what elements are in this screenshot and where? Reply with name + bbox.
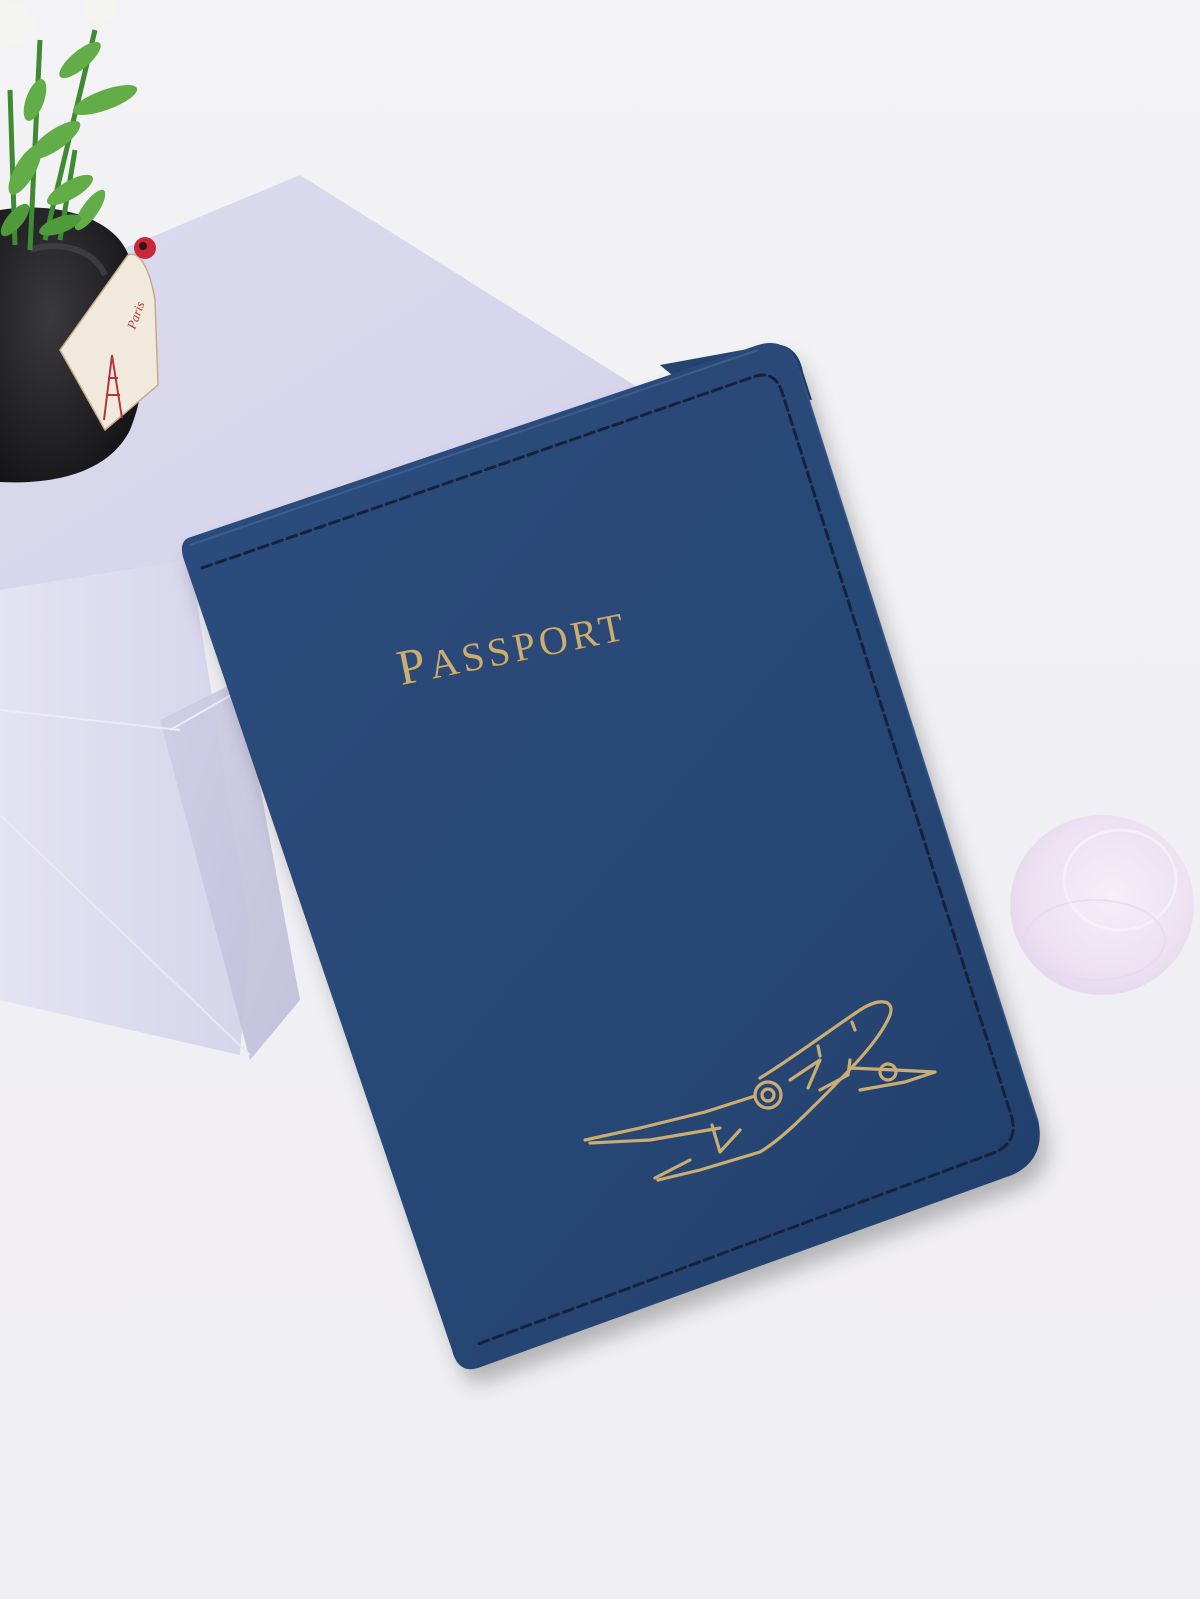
passport-cover	[0, 0, 1200, 1599]
product-photo: Paris	[0, 0, 1200, 1599]
